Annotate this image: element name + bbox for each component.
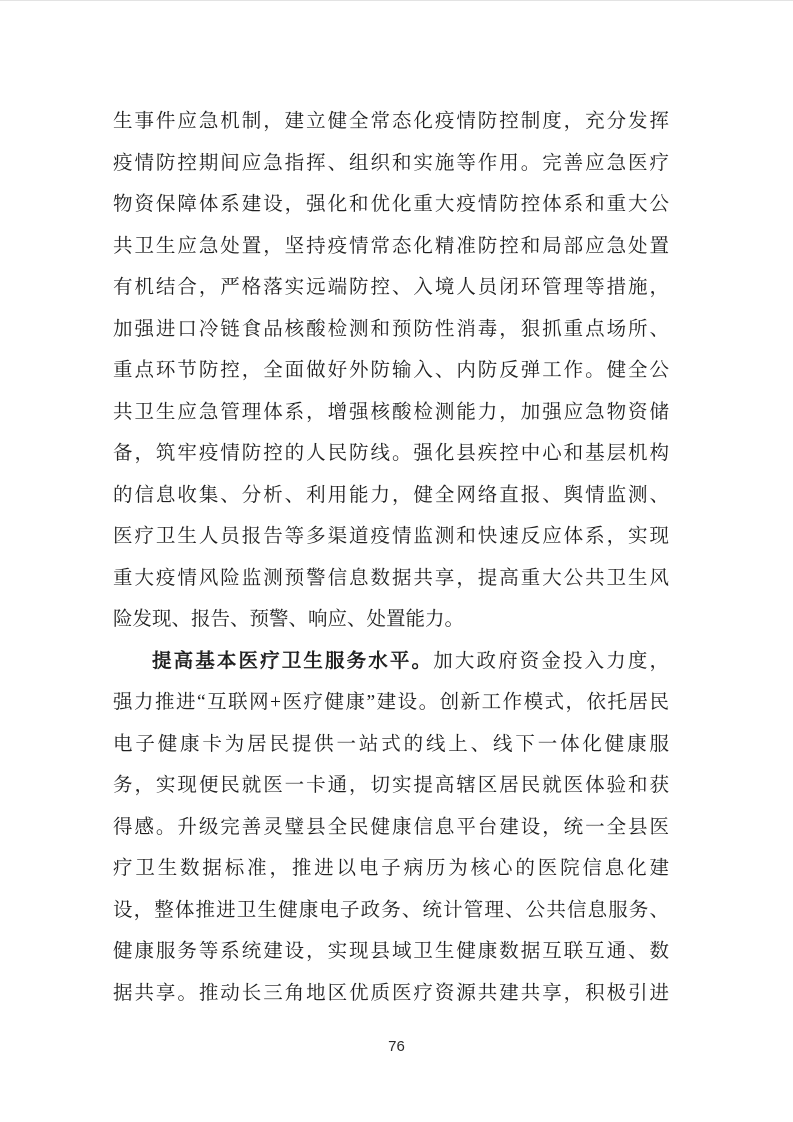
paragraph1-line-8: 共卫生应急管理体系，增强核酸检测能力，加强应急物资储 xyxy=(113,392,669,434)
paragraph2-first-line-rest: 加大政府资金投入力度， xyxy=(433,651,669,672)
paragraph2-line-4: 务，实现便民就医一卡通，切实提高辖区居民就医体验和获 xyxy=(113,765,669,807)
paragraph2-line-8: 健康服务等系统建设，实现县域卫生健康数据互联互通、数 xyxy=(113,931,669,973)
paragraph2-line-6: 疗卫生数据标准，推进以电子病历为核心的医院信息化建 xyxy=(113,848,669,890)
paragraph2-line-7: 设，整体推进卫生健康电子政务、统计管理、公共信息服务、 xyxy=(113,890,669,932)
page-number: 76 xyxy=(0,1037,793,1057)
paragraph2-line-9: 据共享。推动长三角地区优质医疗资源共建共享，积极引进 xyxy=(113,973,669,1015)
paragraph1-line-4: 共卫生应急处置，坚持疫情常态化精准防控和局部应急处置 xyxy=(113,226,669,268)
paragraph2-heading: 提高基本医疗卫生服务水平。 xyxy=(152,651,433,672)
paragraph2-line-2: 强力推进“互联网+医疗健康”建设。创新工作模式，依托居民 xyxy=(113,682,669,724)
document-page: 生事件应急机制，建立健全常态化疫情防控制度，充分发挥 疫情防控期间应急指挥、组织… xyxy=(0,0,793,1122)
paragraph1-line-12: 重大疫情风险监测预警信息数据共享，提高重大公共卫生风 xyxy=(113,558,669,600)
paragraph1-line-3: 物资保障体系建设，强化和优化重大疫情防控体系和重大公 xyxy=(113,184,669,226)
paragraph2-line-5: 得感。升级完善灵璧县全民健康信息平台建设，统一全县医 xyxy=(113,807,669,849)
paragraph1-line-2: 疫情防控期间应急指挥、组织和实施等作用。完善应急医疗 xyxy=(113,143,669,185)
paragraph1-line-13: 险发现、报告、预警、响应、处置能力。 xyxy=(113,599,669,641)
paragraph1-line-6: 加强进口冷链食品核酸检测和预防性消毒，狠抓重点场所、 xyxy=(113,309,669,351)
paragraph1-line-9: 备，筑牢疫情防控的人民防线。强化县疾控中心和基层机构 xyxy=(113,433,669,475)
body-text: 生事件应急机制，建立健全常态化疫情防控制度，充分发挥 疫情防控期间应急指挥、组织… xyxy=(113,101,669,1014)
paragraph2-line-3: 电子健康卡为居民提供一站式的线上、线下一体化健康服 xyxy=(113,724,669,766)
paragraph1-line-7: 重点环节防控，全面做好外防输入、内防反弹工作。健全公 xyxy=(113,350,669,392)
paragraph1-line-10: 的信息收集、分析、利用能力，健全网络直报、舆情监测、 xyxy=(113,475,669,517)
paragraph1-line-5: 有机结合，严格落实远端防控、入境人员闭环管理等措施， xyxy=(113,267,669,309)
paragraph1-line-1: 生事件应急机制，建立健全常态化疫情防控制度，充分发挥 xyxy=(113,101,669,143)
paragraph2-line-1: 提高基本医疗卫生服务水平。加大政府资金投入力度， xyxy=(113,641,669,683)
paragraph1-line-11: 医疗卫生人员报告等多渠道疫情监测和快速反应体系，实现 xyxy=(113,516,669,558)
